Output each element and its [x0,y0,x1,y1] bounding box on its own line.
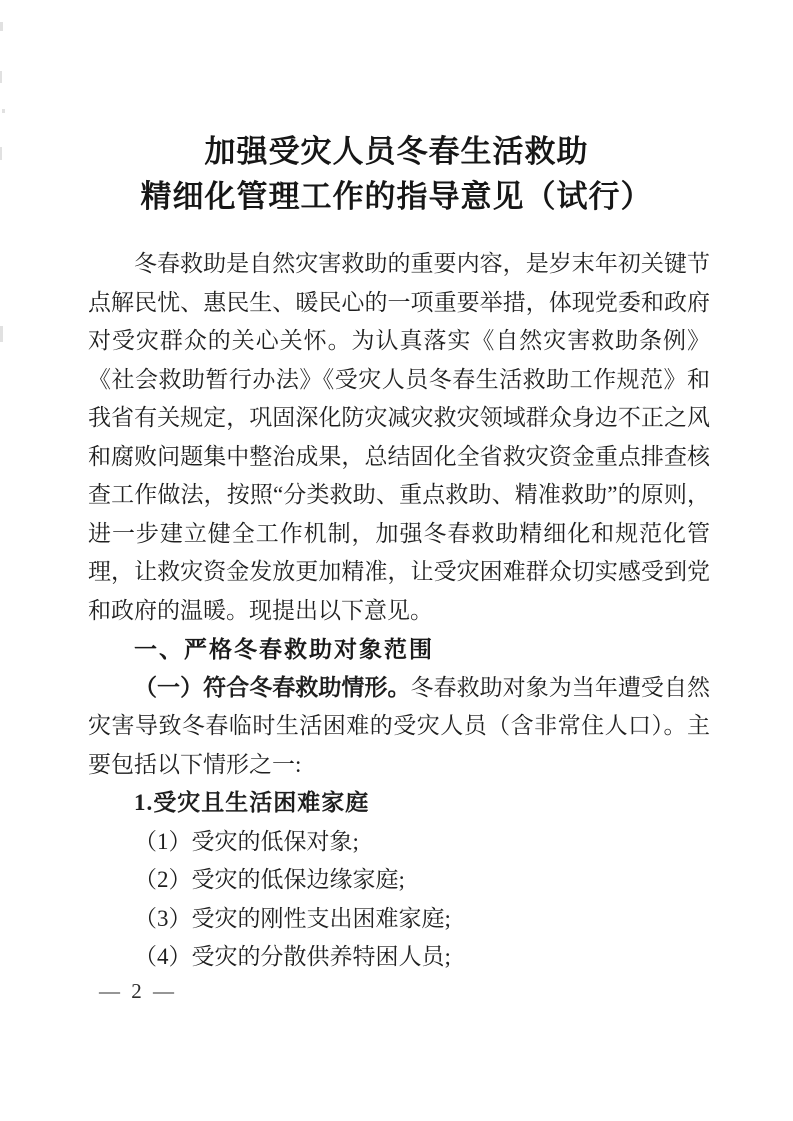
category-1-heading: 1.受灾且生活困难家庭 [88,784,710,823]
list-item: （1）受灾的低保对象; [88,823,710,862]
scan-artifact [0,326,3,342]
list-item: （2）受灾的低保边缘家庭; [88,861,710,900]
clause-1-paragraph: （一）符合冬春救助情形。冬春救助对象为当年遭受自然灾害导致冬春临时生活困难的受灾… [88,669,710,785]
intro-paragraph: 冬春救助是自然灾害救助的重要内容，是岁末年初关键节点解民忧、惠民生、暖民心的一项… [88,245,710,630]
scan-artifact [2,109,5,113]
document-title-line-2: 精细化管理工作的指导意见（试行） [0,174,793,219]
document-title-line-1: 加强受灾人员冬春生活救助 [0,129,793,174]
document-title: 加强受灾人员冬春生活救助 精细化管理工作的指导意见（试行） [0,129,793,219]
list-item: （4）受灾的分散供养特困人员; [88,938,710,977]
clause-1-lead: （一）符合冬春救助情形。 [134,675,411,700]
list-item: （3）受灾的刚性支出困难家庭; [88,900,710,939]
scan-artifact [0,71,2,83]
page-number: — 2 — [99,979,177,1004]
scan-artifact [0,22,3,31]
document-body: 冬春救助是自然灾害救助的重要内容，是岁末年初关键节点解民忧、惠民生、暖民心的一项… [88,245,710,977]
category-1-list: （1）受灾的低保对象; （2）受灾的低保边缘家庭; （3）受灾的刚性支出困难家庭… [88,823,710,977]
scanned-document-page: 加强受灾人员冬春生活救助 精细化管理工作的指导意见（试行） 冬春救助是自然灾害救… [0,0,793,1121]
section-1-heading: 一、严格冬春救助对象范围 [88,630,710,669]
